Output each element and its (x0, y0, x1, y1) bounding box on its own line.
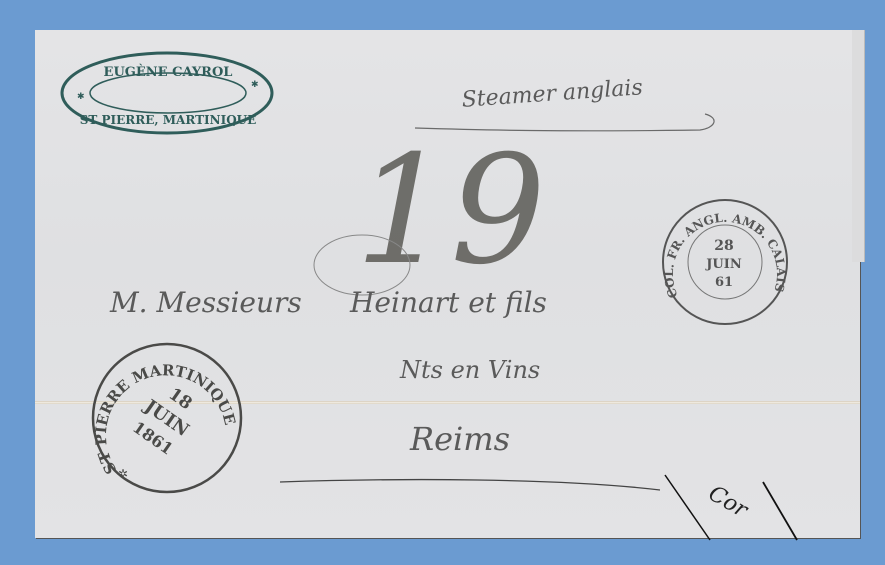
route-note: Steamer anglais (415, 75, 714, 131)
svg-text:Heinart et fils: Heinart et fils (349, 286, 547, 319)
merchant-cachet: EUGÈNE CAYROL ST PIERRE, MARTINIQUE ✱ ✱ (62, 53, 272, 133)
cachet-line1: EUGÈNE CAYROL (104, 64, 233, 80)
svg-text:Steamer anglais: Steamer anglais (461, 75, 644, 113)
cachet-line2: ST PIERRE, MARTINIQUE (80, 113, 257, 127)
entry-postmark: COL. FR. ANGL. AMB. CALAIS 28 JUIN 61 (662, 200, 788, 324)
svg-text:Nts en Vins: Nts en Vins (399, 356, 540, 384)
origin-postmark: ST PIERRE MARTINIQUE 18 JUIN 1861 ✲ (92, 344, 241, 492)
svg-text:28: 28 (714, 238, 733, 254)
corner-note: Cor (665, 475, 797, 540)
svg-text:JUIN: JUIN (705, 257, 742, 272)
svg-text:61: 61 (715, 275, 733, 290)
rate-marking: 19 (355, 124, 546, 298)
svg-text:M. Messieurs: M. Messieurs (109, 286, 302, 319)
cover-markings: EUGÈNE CAYROL ST PIERRE, MARTINIQUE ✱ ✱ … (0, 0, 885, 565)
svg-text:Reims: Reims (409, 420, 510, 458)
svg-text:Cor: Cor (704, 481, 753, 524)
svg-text:✲: ✲ (118, 467, 128, 481)
svg-text:✱: ✱ (251, 80, 259, 90)
svg-text:✱: ✱ (77, 92, 85, 102)
